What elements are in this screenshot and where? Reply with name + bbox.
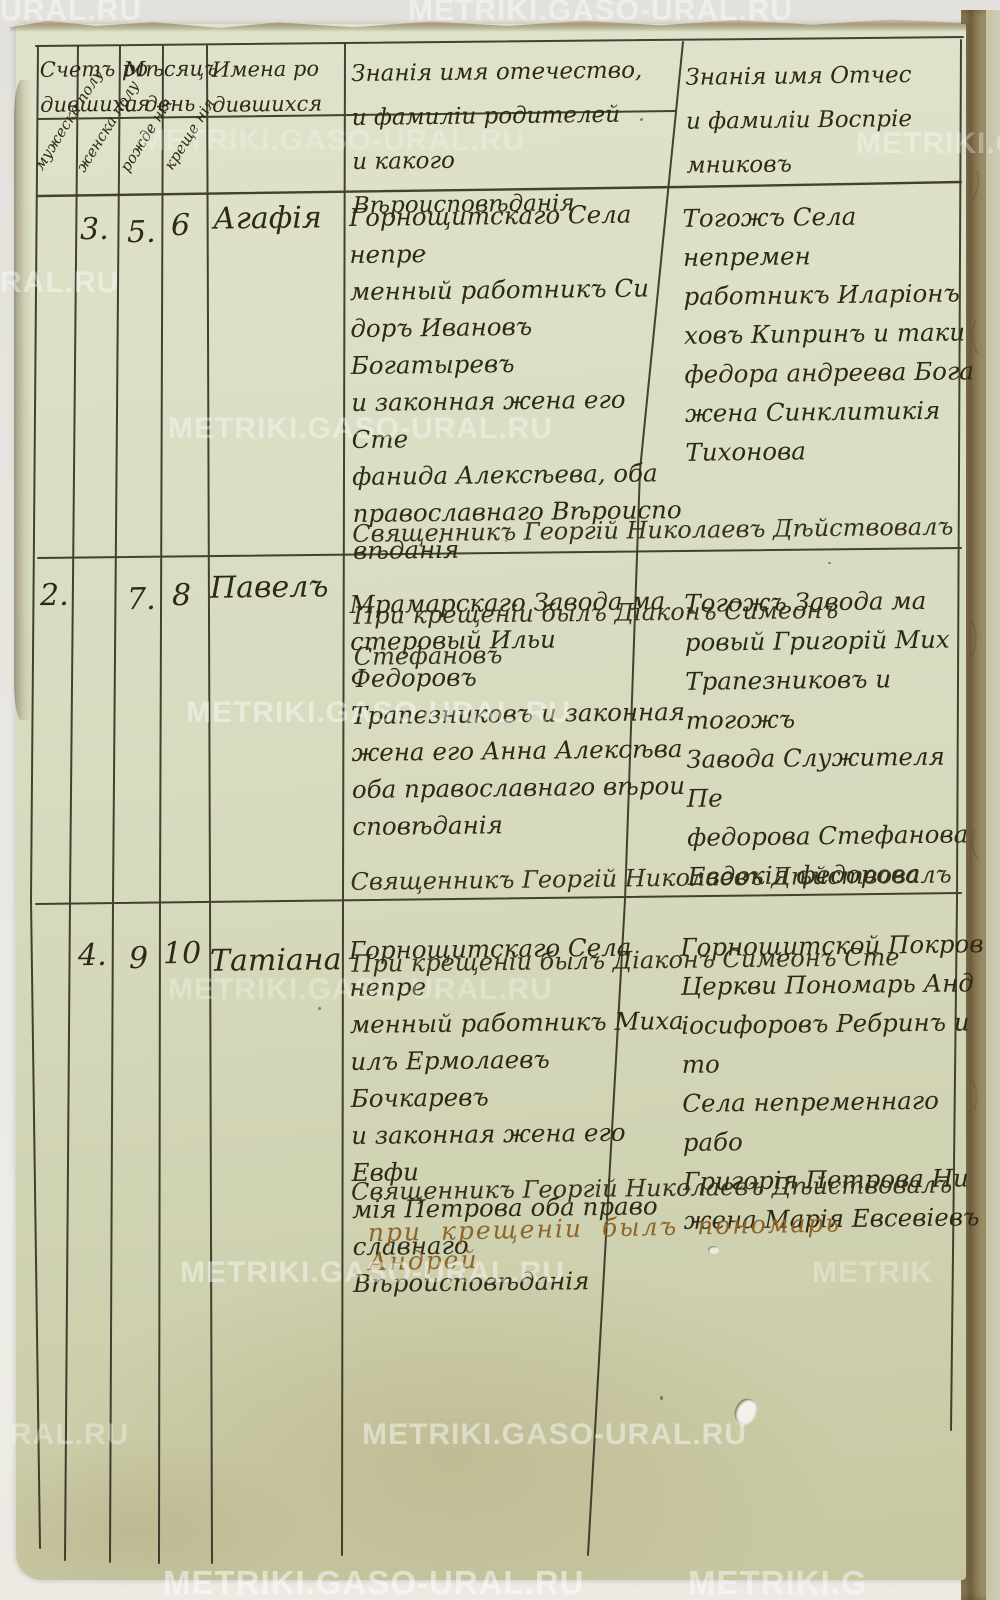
record2-clergy-line1: Священникъ Георгій Николаевъ Дѣйствовалъ <box>350 854 975 903</box>
record2-child-name: Павелъ <box>210 569 329 605</box>
record1-baptism-day: 6 <box>171 208 191 243</box>
header-names-column: Имена ро дившихся <box>212 51 353 123</box>
paper-small-hole <box>708 1246 719 1254</box>
record1-count-female: 3. <box>80 212 109 247</box>
record3-birth-day: 9 <box>129 941 149 976</box>
paper-speck <box>505 540 507 542</box>
record3-child-name: Татіана <box>210 942 342 979</box>
paper-speck <box>318 1007 321 1010</box>
record2-baptism-day: 8 <box>172 578 192 613</box>
record1-godparents-entry: Тогожъ Села непремен работникъ Иларіонъ … <box>682 195 985 472</box>
record1-clergy-line1: Священникъ Георгій Николаевъ Дѣйствовалъ <box>352 506 977 555</box>
record2-birth-day: 7. <box>127 582 156 617</box>
record2-parents-entry: Мрамарскаго Завода ма стеровый Ильи Федо… <box>349 582 687 845</box>
record3-clergy-line1: Священникъ Георгій Николаевъ Дѣйствовалъ <box>351 1164 976 1213</box>
record1-child-name: Агафія <box>213 200 322 236</box>
paper-speck <box>828 562 831 564</box>
header-godparents-column: Знанія имя Отчес и фамиліи Воспріе мнико… <box>685 52 977 188</box>
paper-speck <box>660 1396 663 1400</box>
paper-speck <box>424 252 426 254</box>
record1-birth-day: 5. <box>127 215 156 250</box>
paper-speck <box>640 118 643 121</box>
scanned-metric-book-page: Счетъ ро дившихся Мѣсяцъ и день Имена ро… <box>0 0 1000 1600</box>
record2-count-male: 2. <box>40 578 69 613</box>
record3-baptism-day: 10 <box>163 936 202 971</box>
record3-count-female: 4. <box>78 938 107 973</box>
